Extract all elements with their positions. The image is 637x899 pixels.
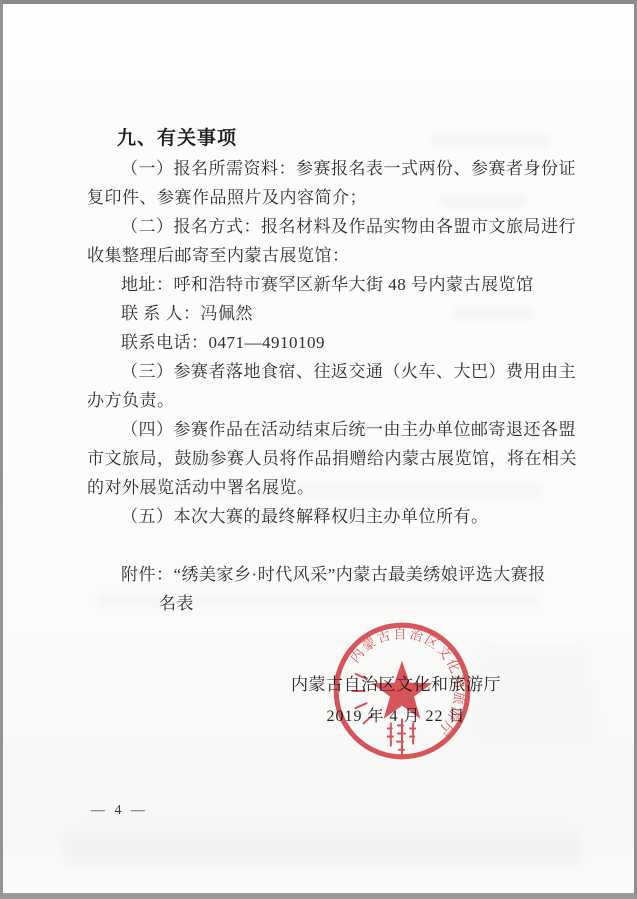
body-line: 办方负责。	[87, 386, 557, 415]
signature-block: 内蒙古自治区文化和旅游厅 2019 年 4 月 22 日	[289, 670, 503, 726]
document-body: 九、有关事项 （一）报名所需资料：参赛报名表一式两份、参赛者身份证 复印件、参赛…	[87, 123, 557, 618]
body-line: （二）报名方式：报名材料及作品实物由各盟市文旅局进行	[87, 212, 557, 241]
scanned-document-page: 九、有关事项 （一）报名所需资料：参赛报名表一式两份、参赛者身份证 复印件、参赛…	[0, 0, 637, 899]
contact-person-line: 联 系 人：冯佩然	[87, 299, 557, 328]
attachment-line: 名表	[87, 589, 557, 618]
body-line: 的对外展览活动中署名展览。	[87, 473, 557, 502]
issue-date: 2019 年 4 月 22 日	[289, 703, 503, 726]
body-line: （三）参赛者落地食宿、往返交通（火车、大巴）费用由主	[87, 357, 557, 386]
body-line: 收集整理后邮寄至内蒙古展览馆：	[87, 241, 557, 270]
issuing-organization: 内蒙古自治区文化和旅游厅	[289, 670, 503, 695]
address-line: 地址：呼和浩特市赛罕区新华大街 48 号内蒙古展览馆	[87, 270, 557, 299]
bleedthrough-smudge	[63, 832, 583, 866]
section-heading: 九、有关事项	[87, 123, 557, 154]
page-number: — 4 —	[91, 803, 148, 819]
contact-phone-line: 联系电话：0471—4910109	[87, 328, 557, 357]
body-line: 复印件、参赛作品照片及内容简介；	[87, 183, 557, 212]
body-line: （四）参赛作品在活动结束后统一由主办单位邮寄退还各盟	[87, 415, 557, 444]
body-line: （一）报名所需资料：参赛报名表一式两份、参赛者身份证	[87, 154, 557, 183]
body-line: （五）本次大赛的最终解释权归主办单位所有。	[87, 502, 557, 531]
body-line: 市文旅局，鼓励参赛人员将作品捐赠给内蒙古展览馆，将在相关	[87, 444, 557, 473]
attachment-line: 附件：“绣美家乡·时代风采”内蒙古最美绣娘评选大赛报	[87, 560, 557, 589]
